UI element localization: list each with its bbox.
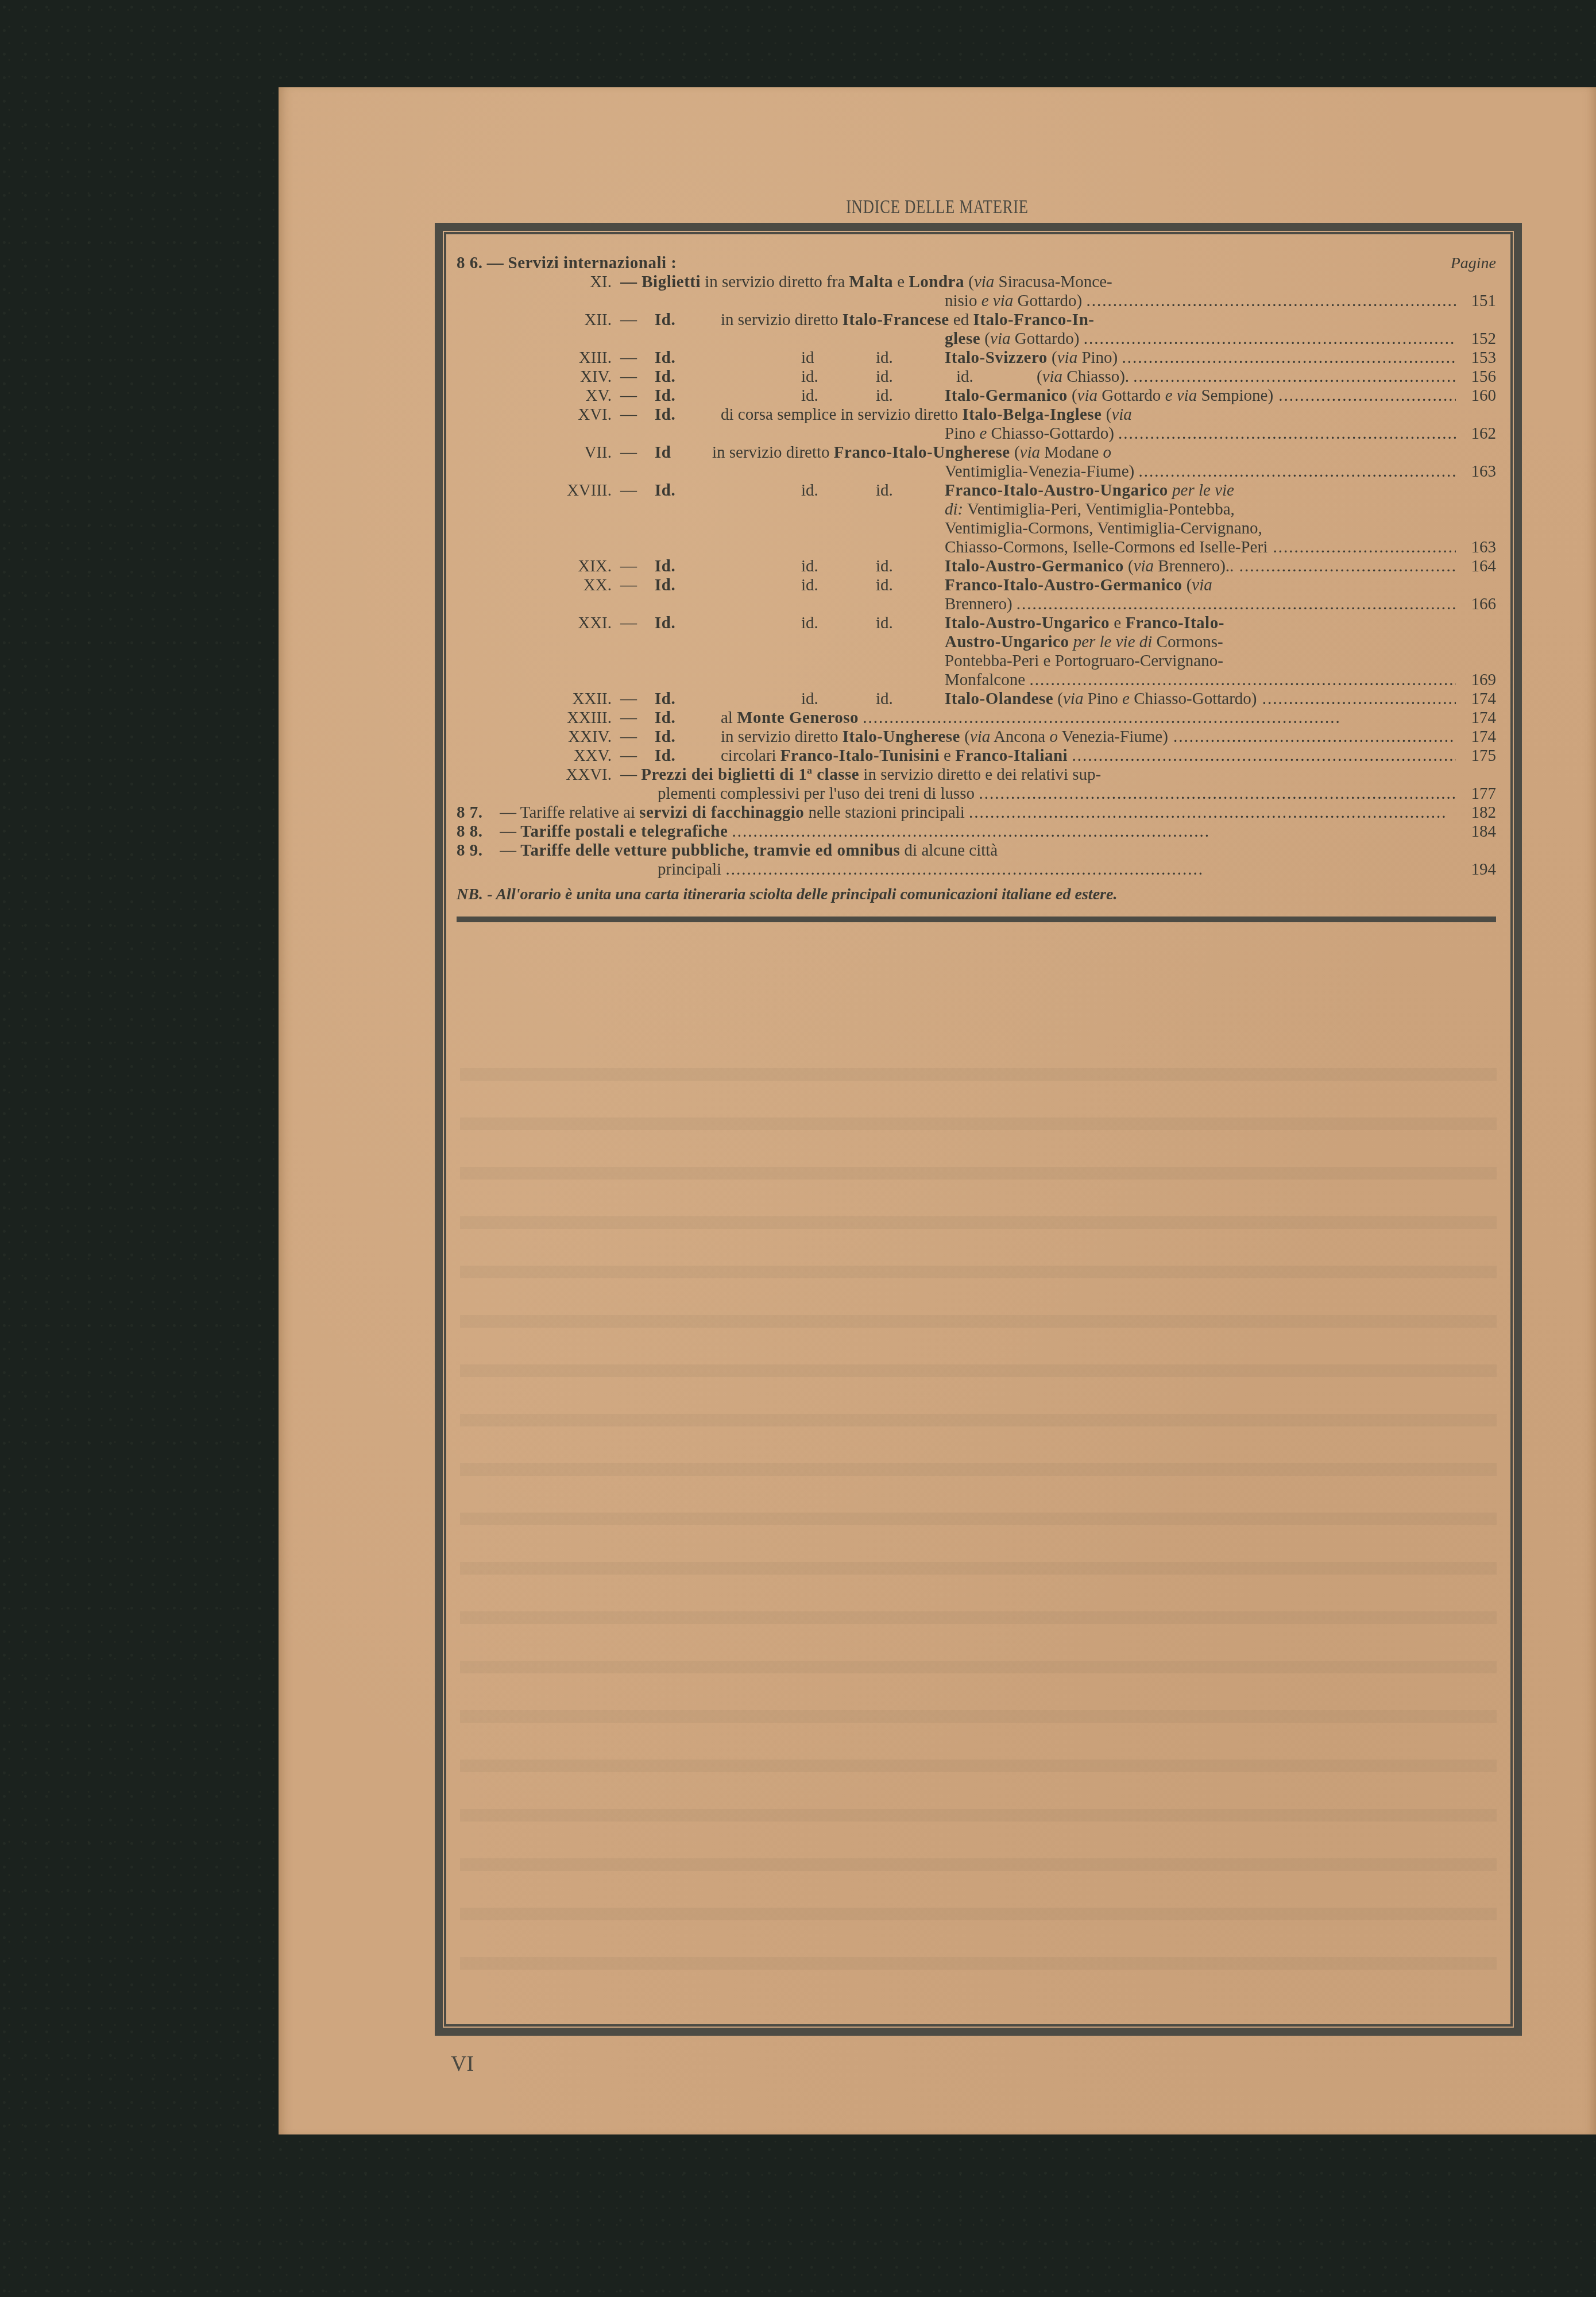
table-row: XI.— Biglietti in servizio diretto fra M… — [457, 273, 1496, 292]
page-number: 166 — [1462, 595, 1496, 614]
dot-leader: ........................................… — [969, 803, 1447, 822]
table-row: XVIII.—Id.id.id.Franco-Italo-Austro-Unga… — [457, 481, 1496, 500]
id-ditto: id. — [876, 690, 893, 709]
dot-leader: ........................................… — [725, 860, 1204, 879]
bold-term: Tariffe postali e telegrafiche — [520, 822, 728, 841]
text-run: in servizio diretto — [721, 728, 843, 746]
id-abbrev: Id. — [655, 557, 675, 576]
page-number: 151 — [1462, 292, 1496, 311]
table-row: XX.—Id.id.id.Franco-Italo-Austro-Germani… — [457, 576, 1496, 595]
roman-numeral: XXII. — [525, 690, 612, 709]
id-abbrev: Id. — [655, 349, 675, 368]
pages-column-label: Pagine — [1451, 254, 1496, 273]
id-ditto: id. — [876, 557, 893, 576]
text-run: Venezia-Fiume) — [1058, 728, 1168, 746]
table-row: 151nisio e via Gottardo) ...............… — [457, 292, 1496, 311]
dot-leader: ........................................… — [1086, 292, 1456, 310]
italic-term: via — [1192, 576, 1212, 594]
dash: — — [620, 747, 637, 765]
text-run: Pino) — [1077, 349, 1122, 367]
bold-term: Italo-Ungherese — [843, 728, 960, 746]
roman-numeral: XVI. — [525, 405, 612, 424]
text-run: ( — [1037, 368, 1042, 386]
entry-text: Pontebba-Peri e Portogruaro-Cervignano- — [945, 652, 1456, 671]
id-ditto: id. — [876, 386, 893, 405]
text-run: plementi complessivi per l'uso dei treni… — [658, 784, 979, 803]
dash: — — [620, 557, 637, 576]
dot-leader: ........................................… — [1133, 368, 1456, 386]
page-number: 156 — [1462, 368, 1496, 386]
bold-term: Prezzi dei biglietti di 1ª classe — [641, 765, 859, 784]
table-row: XXI.—Id.id.id.Italo-Austro-Ungarico e Fr… — [457, 614, 1496, 633]
italic-term: o — [1103, 443, 1112, 462]
dash: — — [620, 368, 637, 386]
table-of-contents: 8 6. — Servizi internazionali : Pagine X… — [457, 254, 1496, 922]
page-number: 175 — [1462, 747, 1496, 765]
id-abbrev: Id. — [655, 690, 675, 709]
italic-term: e — [979, 424, 987, 443]
roman-numeral: XVIII. — [525, 481, 612, 500]
entry-text: Italo-Germanico (via Gottardo e via Semp… — [945, 386, 1456, 405]
roman-numeral: XIII. — [525, 349, 612, 368]
dash: — — [620, 728, 637, 747]
table-row: XII.—Id.in servizio diretto Italo-France… — [457, 311, 1496, 330]
table-row: XXIII.—Id.174al Monte Generoso .........… — [457, 709, 1496, 728]
bold-term: Italo-Francese — [843, 311, 949, 329]
table-row: Ventimiglia-Cormons, Ventimiglia-Cervign… — [457, 519, 1496, 538]
id-abbrev: Id. — [655, 614, 675, 633]
entry-text: Chiasso-Cormons, Iselle-Cormons ed Isell… — [945, 538, 1456, 557]
text-run: ed — [949, 311, 973, 329]
dash: — — [620, 614, 637, 633]
italic-term: via — [1057, 349, 1077, 367]
text-run: Modane — [1040, 443, 1103, 462]
bold-term: Biglietti — [642, 273, 701, 291]
id-ditto: id. — [801, 368, 818, 386]
bold-term: Austro-Ungarico — [945, 633, 1069, 651]
page-number: 153 — [1462, 349, 1496, 368]
entry-text: Italo-Olandese (via Pino e Chiasso-Gotta… — [945, 690, 1456, 709]
roman-numeral: XI. — [525, 273, 612, 292]
section-title: Servizi internazionali : — [508, 254, 677, 272]
text-run: ( — [1010, 443, 1020, 462]
italic-term: via — [1042, 368, 1062, 386]
page-number: 174 — [1462, 690, 1496, 709]
id-ditto: id — [801, 349, 814, 368]
page-number: 174 — [1462, 709, 1496, 728]
table-row: Pontebba-Peri e Portogruaro-Cervignano- — [457, 652, 1496, 671]
bold-term: Italo-Olandese — [945, 690, 1053, 708]
id-abbrev: Id. — [655, 481, 675, 500]
entry-text: in servizio diretto Italo-Francese ed It… — [721, 311, 1456, 330]
table-row: 177plementi complessivi per l'uso dei tr… — [457, 784, 1496, 803]
italic-term: e — [1122, 690, 1130, 708]
bold-term: Franco-Italo- — [1125, 614, 1224, 632]
italic-term: via — [1111, 405, 1131, 424]
entry-text: in servizio diretto Franco-Italo-Unghere… — [712, 443, 1456, 462]
table-row: Austro-Ungarico per le vie di Cormons- — [457, 633, 1496, 652]
page-folio: VI — [451, 2051, 474, 2076]
italic-term: per le vie — [1172, 481, 1234, 500]
dot-leader: ........................................… — [979, 784, 1456, 803]
section-row: 8 7.182— Tariffe relative ai servizi di … — [457, 803, 1496, 822]
id-ditto: id. — [801, 557, 818, 576]
text-run: ( — [964, 273, 974, 291]
text-run: ( — [1102, 405, 1111, 424]
text-run: Chiasso). — [1062, 368, 1133, 386]
dot-leader: ........................................… — [1257, 690, 1456, 708]
text-run: ( — [960, 728, 970, 746]
page-number: 182 — [1462, 803, 1496, 822]
bold-term: Italo-Germanico — [945, 386, 1068, 405]
bold-term: Italo-Austro-Ungarico — [945, 614, 1110, 632]
bold-term: Italo-Austro-Germanico — [945, 557, 1124, 575]
text-run: in servizio diretto fra — [701, 273, 849, 291]
bold-term: Tariffe delle vetture pubbliche, tramvie… — [520, 841, 900, 860]
text-run: Brennero) — [945, 595, 1017, 613]
text-run: Ventimiglia-Cormons, Ventimiglia-Cervign… — [945, 519, 1262, 537]
italic-term: per le vie di — [1073, 633, 1153, 651]
document-page: INDICE DELLE MATERIE 8 6. — Servizi inte… — [279, 87, 1596, 2134]
id-abbrev: Id. — [655, 747, 675, 765]
table-row: 152glese (via Gottardo) ................… — [457, 330, 1496, 349]
dash: — — [620, 443, 637, 462]
dash: — — [620, 709, 637, 728]
page-number: 169 — [1462, 671, 1496, 690]
text-run: ( — [1068, 386, 1077, 405]
entry-text: Pino e Chiasso-Gottardo) ...............… — [945, 424, 1456, 443]
table-row: XVI.—Id.di corsa semplice in servizio di… — [457, 405, 1496, 424]
dot-leader: ........................................… — [1273, 386, 1456, 405]
dot-leader: ........................................… — [1168, 728, 1456, 746]
text-run: Gottardo — [1098, 386, 1165, 405]
entry-text: Ventimiglia-Cormons, Ventimiglia-Cervign… — [945, 519, 1456, 538]
text-run: Ancona — [990, 728, 1049, 746]
text-run: Gottardo) — [1010, 330, 1083, 348]
section-heading-86: 8 6. — Servizi internazionali : Pagine — [457, 254, 1496, 273]
italic-term: via — [1020, 443, 1040, 462]
id-ditto: id. — [801, 690, 818, 709]
entry-text: (via Chiasso). .........................… — [1037, 368, 1456, 386]
id-ditto: id. — [876, 481, 893, 500]
entry-text: Austro-Ungarico per le vie di Cormons- — [945, 633, 1456, 652]
dot-leader: ........................................… — [1017, 595, 1456, 613]
entry-text: Italo-Austro-Ungarico e Franco-Italo- — [945, 614, 1456, 633]
text-run: Pino — [1083, 690, 1122, 708]
bold-term: Malta — [849, 273, 894, 291]
page-number: 177 — [1462, 784, 1496, 803]
section-row: 8 9.— Tariffe delle vetture pubbliche, t… — [457, 841, 1496, 860]
italic-term: o — [1049, 728, 1058, 746]
table-row: XIII.—Id.idid.153Italo-Svizzero (via Pin… — [457, 349, 1496, 368]
page-number: 152 — [1462, 330, 1496, 349]
entry-text: plementi complessivi per l'uso dei treni… — [658, 784, 1456, 803]
note-label: NB. — [457, 885, 483, 903]
entry-text: Brennero) ..............................… — [945, 595, 1456, 614]
text-run: nisio — [945, 292, 981, 310]
roman-numeral: XX. — [525, 576, 612, 595]
bleed-through-texture — [460, 1046, 1497, 1993]
bold-term: Londra — [909, 273, 964, 291]
dash: — — [620, 576, 637, 595]
page-number: 163 — [1462, 462, 1496, 481]
text-run: e — [893, 273, 909, 291]
text-run: principali — [658, 860, 725, 879]
text-run: ( — [1048, 349, 1057, 367]
dash: — — [620, 311, 637, 330]
bold-term: Italo-Franco-In- — [973, 311, 1094, 329]
table-row: XIX.—Id.id.id.164Italo-Austro-Germanico … — [457, 557, 1496, 576]
entry-text: Italo-Austro-Germanico (via Brennero).. … — [945, 557, 1456, 576]
entry-text: Italo-Svizzero (via Pino) ..............… — [945, 349, 1456, 368]
entry-text: Franco-Italo-Austro-Germanico (via — [945, 576, 1456, 595]
page-number: 184 — [1462, 822, 1496, 841]
roman-numeral: VII. — [525, 443, 612, 462]
dot-leader: ........................................… — [1084, 330, 1456, 348]
dot-leader: ........................................… — [1234, 557, 1456, 575]
id-ditto: id. — [801, 576, 818, 595]
text-run: in servizio diretto e dei relativi sup- — [859, 765, 1101, 784]
id-abbrev: Id. — [655, 709, 675, 728]
dot-leader: ........................................… — [1122, 349, 1456, 367]
roman-numeral: XII. — [525, 311, 612, 330]
italic-term: via — [1134, 557, 1154, 575]
text-run: di alcune città — [900, 841, 998, 860]
bold-term: Italo-Svizzero — [945, 349, 1048, 367]
entry-text: Ventimiglia-Venezia-Fiume) .............… — [945, 462, 1456, 481]
dot-leader: ........................................… — [1072, 747, 1456, 765]
page-number: 162 — [1462, 424, 1496, 443]
text-run: Pino — [945, 424, 979, 443]
text-run: — — [620, 765, 641, 784]
dash: — — [620, 481, 637, 500]
entry-text: — Biglietti in servizio diretto fra Malt… — [620, 273, 1456, 292]
sections-list: 8 7.182— Tariffe relative ai servizi di … — [457, 803, 1496, 879]
id-ditto: id. — [801, 386, 818, 405]
text-run: in servizio diretto — [721, 311, 843, 329]
table-row: XV.—Id.id.id.160Italo-Germanico (via Got… — [457, 386, 1496, 405]
text-run: Gottardo) — [1013, 292, 1086, 310]
dot-leader: ........................................… — [1138, 462, 1456, 481]
id-ditto: id. — [801, 481, 818, 500]
text-run: e — [1110, 614, 1125, 632]
text-run: Monfalcone — [945, 671, 1029, 689]
italic-term: di: — [945, 500, 963, 519]
entry-text: — Tariffe relative ai servizi di facchin… — [500, 803, 1456, 822]
page-number: 174 — [1462, 728, 1496, 747]
dot-leader: ........................................… — [1029, 671, 1456, 689]
text-run: di corsa semplice in servizio diretto — [721, 405, 962, 424]
id-ditto: id. — [956, 368, 973, 386]
text-run: Chiasso-Gottardo) — [987, 424, 1118, 443]
section-row: 8 8.184— Tariffe postali e telegrafiche … — [457, 822, 1496, 841]
section-number: 8 7. — [457, 803, 483, 822]
id-abbrev: Id — [655, 443, 671, 462]
entries-list: XI.— Biglietti in servizio diretto fra M… — [457, 273, 1496, 803]
entry-text: al Monte Generoso ......................… — [721, 709, 1456, 728]
entry-text: Franco-Italo-Austro-Ungarico per le vie — [945, 481, 1456, 500]
text-run: — — [500, 822, 520, 841]
page-number: 194 — [1462, 860, 1496, 879]
text-run — [1069, 633, 1073, 651]
dash: — — [620, 386, 637, 405]
text-run: Brennero).. — [1154, 557, 1234, 575]
page-number: 163 — [1462, 538, 1496, 557]
dot-leader: ........................................… — [863, 709, 1341, 727]
text-run: — — [500, 841, 520, 860]
id-ditto: id. — [876, 368, 893, 386]
table-row: di: Ventimiglia-Peri, Ventimiglia-Ponteb… — [457, 500, 1496, 519]
bold-term: servizi di facchinaggio — [639, 803, 804, 822]
table-row: 163Chiasso-Cormons, Iselle-Cormons ed Is… — [457, 538, 1496, 557]
dot-leader: ........................................… — [1118, 424, 1456, 443]
entry-text: nisio e via Gottardo) ..................… — [945, 292, 1456, 311]
table-row: 162Pino e Chiasso-Gottardo) ............… — [457, 424, 1496, 443]
entry-text: principali .............................… — [658, 860, 1456, 879]
id-abbrev: Id. — [655, 405, 675, 424]
table-row: 163Ventimiglia-Venezia-Fiume) ..........… — [457, 462, 1496, 481]
bold-term: Italo-Belga-Inglese — [962, 405, 1102, 424]
dash: — — [620, 405, 637, 424]
text-run: ( — [1182, 576, 1192, 594]
italic-term: via — [1063, 690, 1083, 708]
entry-text: — Tariffe delle vetture pubbliche, tramv… — [500, 841, 1456, 860]
text-run: Ventimiglia-Venezia-Fiume) — [945, 462, 1138, 481]
dash: — — [620, 690, 637, 709]
roman-numeral: XXI. — [525, 614, 612, 633]
italic-term: via — [1077, 386, 1098, 405]
text-run: in servizio diretto — [712, 443, 834, 462]
dot-leader: ........................................… — [732, 822, 1211, 841]
running-head: INDICE DELLE MATERIE — [423, 196, 1451, 218]
dash: — — [620, 349, 637, 368]
table-row: XXIV.—Id.174in servizio diretto Italo-Un… — [457, 728, 1496, 747]
text-run: Cormons- — [1152, 633, 1223, 651]
table-row: XXVI.— Prezzi dei biglietti di 1ª classe… — [457, 765, 1496, 784]
id-ditto: id. — [876, 349, 893, 368]
bold-term: Franco-Italo-Ungherese — [834, 443, 1010, 462]
page-number: 164 — [1462, 557, 1496, 576]
id-abbrev: Id. — [655, 311, 675, 330]
id-abbrev: Id. — [655, 728, 675, 747]
id-abbrev: Id. — [655, 368, 675, 386]
entry-text: circolari Franco-Italo-Tunisini e Franco… — [721, 747, 1456, 765]
text-run: — Tariffe relative ai — [500, 803, 639, 822]
table-row: VII.—Idin servizio diretto Franco-Italo-… — [457, 443, 1496, 462]
bold-term: Franco-Italo-Austro-Ungarico — [945, 481, 1168, 500]
entry-text: — Tariffe postali e telegrafiche .......… — [500, 822, 1456, 841]
bold-term: Franco-Italo-Austro-Germanico — [945, 576, 1182, 594]
text-run: ( — [1124, 557, 1134, 575]
entry-text: di: Ventimiglia-Peri, Ventimiglia-Ponteb… — [945, 500, 1456, 519]
section-number: 8 8. — [457, 822, 483, 841]
roman-numeral: XV. — [525, 386, 612, 405]
text-run: Ventimiglia-Peri, Ventimiglia-Pontebba, — [963, 500, 1235, 519]
bold-term: Franco-Italiani — [955, 747, 1068, 765]
bold-term: Franco-Italo-Tunisini — [780, 747, 940, 765]
italic-term: via — [974, 273, 994, 291]
table-row: XXV.—Id.175circolari Franco-Italo-Tunisi… — [457, 747, 1496, 765]
bold-term: glese — [945, 330, 980, 348]
italic-term: e via — [1165, 386, 1197, 405]
note-text: - All'orario è unita una carta itinerari… — [487, 885, 1117, 903]
text-run: nelle stazioni principali — [804, 803, 969, 822]
closing-rule — [457, 917, 1496, 922]
italic-term: e via — [981, 292, 1014, 310]
entry-text: glese (via Gottardo) ...................… — [945, 330, 1456, 349]
id-ditto: id. — [876, 576, 893, 595]
italic-term: via — [970, 728, 990, 746]
text-run: al — [721, 709, 737, 727]
text-run: Pontebba-Peri e Portogruaro-Cervignano- — [945, 652, 1223, 670]
table-row: XIV.—Id.id.id.id.156(via Chiasso). .....… — [457, 368, 1496, 386]
bold-term: Monte Generoso — [737, 709, 859, 727]
table-row: 169Monfalcone ..........................… — [457, 671, 1496, 690]
id-ditto: id. — [801, 614, 818, 633]
text-run: Chiasso-Cormons, Iselle-Cormons ed Isell… — [945, 538, 1267, 556]
roman-numeral: XXIII. — [525, 709, 612, 728]
italic-term: via — [990, 330, 1010, 348]
id-abbrev: Id. — [655, 576, 675, 595]
dot-leader: ........................................… — [1267, 538, 1456, 556]
text-run: Sempione) — [1197, 386, 1273, 405]
table-row: 166Brennero) ...........................… — [457, 595, 1496, 614]
roman-numeral: XXVI. — [525, 765, 612, 784]
entry-text: Monfalcone .............................… — [945, 671, 1456, 690]
section-number: 8 9. — [457, 841, 483, 860]
text-run: e — [940, 747, 955, 765]
text-run: ( — [1053, 690, 1063, 708]
roman-numeral: XXIV. — [525, 728, 612, 747]
note-row: NB. - All'orario è unita una carta itine… — [457, 885, 1496, 904]
text-run — [1168, 481, 1172, 500]
section-number: 8 6. — [457, 254, 483, 272]
entry-text: in servizio diretto Italo-Ungherese (via… — [721, 728, 1456, 747]
table-row: XXII.—Id.id.id.174Italo-Olandese (via Pi… — [457, 690, 1496, 709]
bold-term: — — [620, 273, 642, 291]
text-run: Chiasso-Gottardo) — [1130, 690, 1257, 708]
roman-numeral: XIX. — [525, 557, 612, 576]
text-run: ( — [980, 330, 990, 348]
text-run — [728, 822, 732, 841]
text-run: Siracusa-Monce- — [994, 273, 1112, 291]
entry-text: — Prezzi dei biglietti di 1ª classe in s… — [620, 765, 1456, 784]
id-ditto: id. — [876, 614, 893, 633]
text-run: circolari — [721, 747, 780, 765]
roman-numeral: XIV. — [525, 368, 612, 386]
page-number: 160 — [1462, 386, 1496, 405]
id-abbrev: Id. — [655, 386, 675, 405]
roman-numeral: XXV. — [525, 747, 612, 765]
entry-text: di corsa semplice in servizio diretto It… — [721, 405, 1456, 424]
section-row: 194principali ..........................… — [457, 860, 1496, 879]
